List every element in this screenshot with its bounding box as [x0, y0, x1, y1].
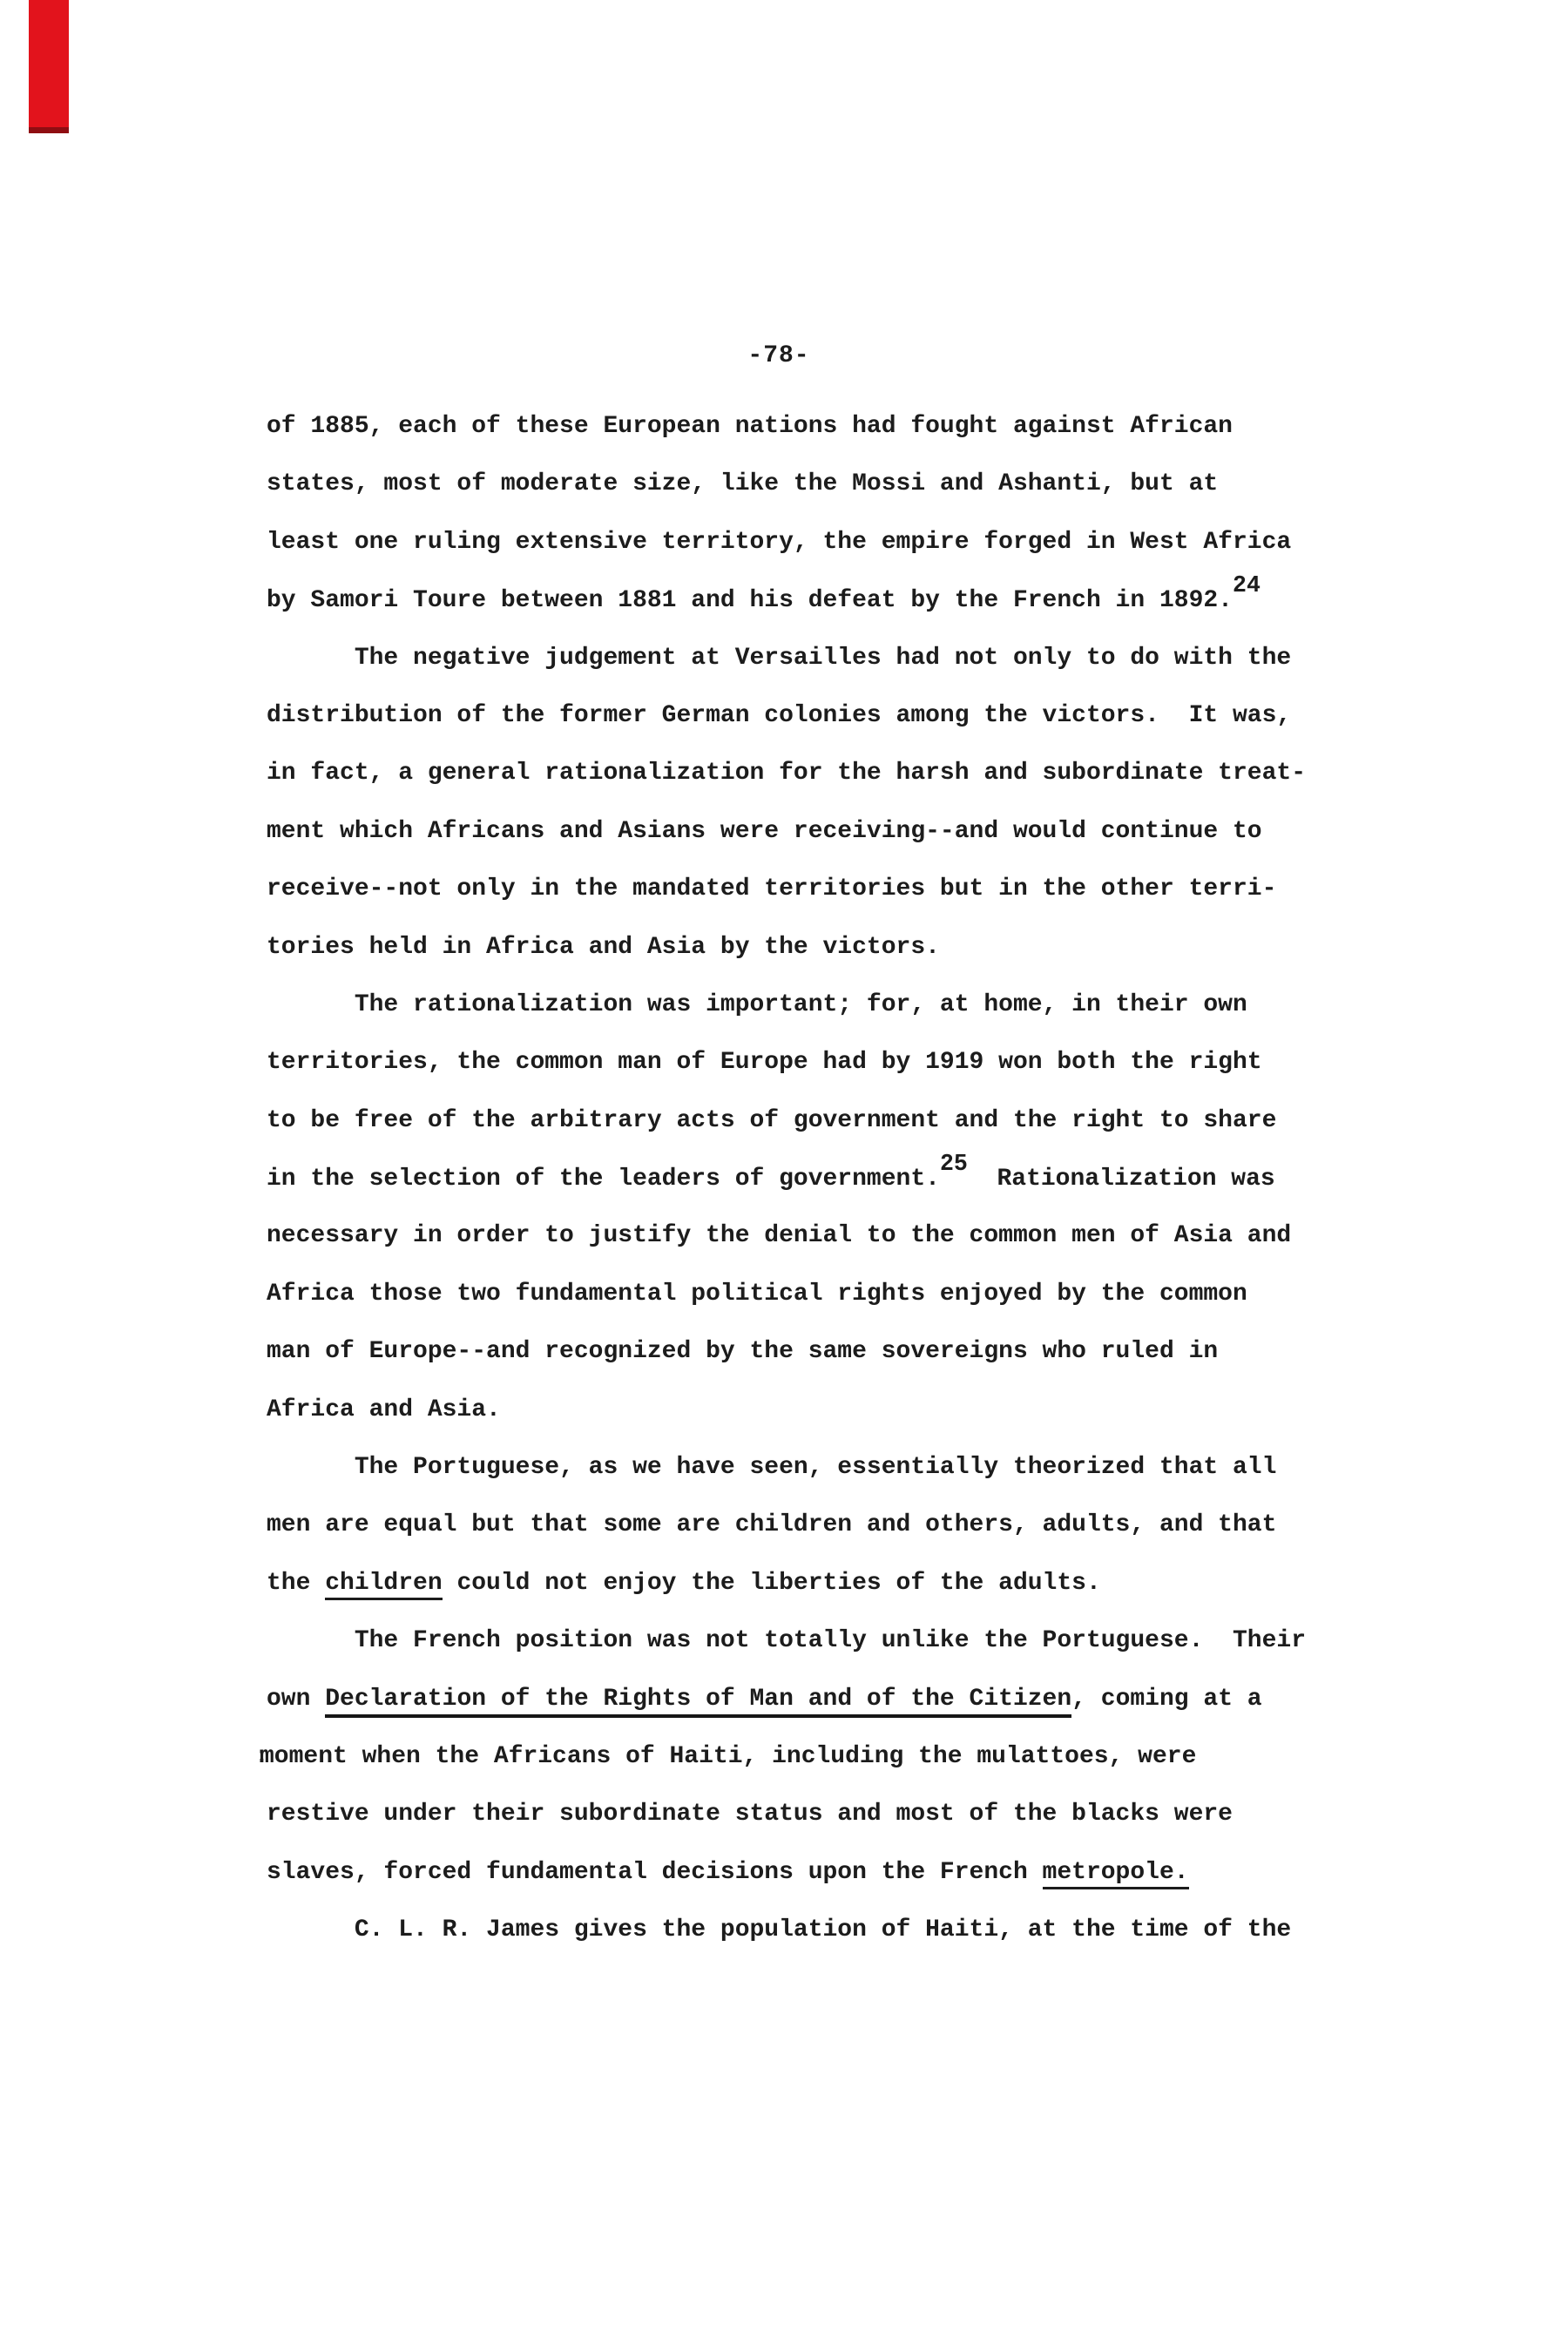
text-segment: men are equal but that some are children… [267, 1511, 1276, 1538]
typewritten-line: The rationalization was important; for, … [267, 977, 1399, 1034]
text-segment: The rationalization was important; for, … [267, 991, 1247, 1018]
typewritten-line: to be free of the arbitrary acts of gove… [267, 1092, 1399, 1150]
typewritten-line: in the selection of the leaders of gover… [267, 1150, 1399, 1207]
text-segment: in the selection of the leaders of gover… [267, 1166, 940, 1193]
scanned-document-page: -78- of 1885, each of these European nat… [0, 0, 1568, 2352]
typewritten-line: C. L. R. James gives the population of H… [267, 1902, 1399, 1959]
text-segment: territories, the common man of Europe ha… [267, 1049, 1262, 1076]
typewritten-line: restive under their subordinate status a… [267, 1786, 1399, 1843]
typewritten-line: necessary in order to justify the denial… [267, 1207, 1399, 1265]
page-number: -78- [267, 341, 1291, 371]
red-margin-mark-artifact [29, 0, 69, 133]
text-segment: moment when the Africans of Haiti, inclu… [260, 1743, 1196, 1770]
text-segment: the [267, 1570, 325, 1597]
typewritten-line: man of Europe--and recognized by the sam… [267, 1323, 1399, 1381]
text-segment: tories held in Africa and Asia by the vi… [267, 934, 940, 961]
typewritten-line: The negative judgement at Versailles had… [267, 630, 1399, 687]
stray-ink-mark: : [254, 1728, 260, 1786]
typewritten-line: The Portuguese, as we have seen, essenti… [267, 1439, 1399, 1497]
text-segment: by Samori Toure between 1881 and his def… [267, 587, 1233, 614]
typewritten-line: own Declaration of the Rights of Man and… [267, 1671, 1399, 1728]
typewritten-line: :moment when the Africans of Haiti, incl… [267, 1728, 1399, 1786]
superscript-footnote-ref: 24 [1233, 572, 1260, 598]
typewritten-line: in fact, a general rationalization for t… [267, 745, 1399, 802]
typewritten-line: least one ruling extensive territory, th… [267, 514, 1399, 571]
text-segment: restive under their subordinate status a… [267, 1801, 1233, 1828]
text-segment: The French position was not totally unli… [267, 1627, 1306, 1654]
text-segment: own [267, 1686, 325, 1713]
typewritten-line: ment which Africans and Asians were rece… [267, 803, 1399, 861]
typewritten-text-block: of 1885, each of these European nations … [267, 398, 1399, 1960]
text-segment: The Portuguese, as we have seen, essenti… [267, 1454, 1276, 1481]
typewritten-line: tories held in Africa and Asia by the vi… [267, 919, 1399, 977]
typewritten-line: distribution of the former German coloni… [267, 687, 1399, 745]
typewritten-line: Africa those two fundamental political r… [267, 1266, 1399, 1323]
text-segment: Africa those two fundamental political r… [267, 1281, 1247, 1308]
text-segment: C. L. R. James gives the population of H… [267, 1916, 1291, 1943]
text-segment: , coming at a [1071, 1686, 1261, 1713]
text-segment: The negative judgement at Versailles had… [267, 645, 1291, 672]
text-segment: receive--not only in the mandated territ… [267, 875, 1276, 902]
typewritten-line: of 1885, each of these European nations … [267, 398, 1399, 456]
underlined-text: children [325, 1570, 442, 1600]
typewritten-line: territories, the common man of Europe ha… [267, 1034, 1399, 1092]
text-segment: least one ruling extensive territory, th… [267, 529, 1291, 556]
text-segment: necessary in order to justify the denial… [267, 1222, 1291, 1249]
typewritten-line: men are equal but that some are children… [267, 1497, 1399, 1554]
typewritten-line: The French position was not totally unli… [267, 1612, 1399, 1670]
text-segment: ment which Africans and Asians were rece… [267, 818, 1262, 845]
text-segment: man of Europe--and recognized by the sam… [267, 1338, 1218, 1365]
superscript-footnote-ref: 25 [940, 1151, 968, 1177]
text-segment: of 1885, each of these European nations … [267, 413, 1233, 440]
text-segment: states, most of moderate size, like the … [267, 470, 1218, 497]
underlined-text: Declaration of the Rights of Man and of … [325, 1686, 1071, 1718]
typewritten-line: by Samori Toure between 1881 and his def… [267, 571, 1399, 629]
typewritten-line: receive--not only in the mandated territ… [267, 861, 1399, 918]
typewritten-line: Africa and Asia. [267, 1382, 1399, 1439]
text-segment: Rationalization was [968, 1166, 1275, 1193]
text-segment: could not enjoy the liberties of the adu… [443, 1570, 1101, 1597]
typewritten-line: states, most of moderate size, like the … [267, 456, 1399, 513]
text-segment: slaves, forced fundamental decisions upo… [267, 1859, 1043, 1886]
typewritten-line: the children could not enjoy the liberti… [267, 1555, 1399, 1612]
text-segment: to be free of the arbitrary acts of gove… [267, 1107, 1276, 1134]
text-segment: distribution of the former German coloni… [267, 702, 1291, 729]
text-segment: in fact, a general rationalization for t… [267, 760, 1306, 787]
typewritten-line: slaves, forced fundamental decisions upo… [267, 1844, 1399, 1902]
text-segment: Africa and Asia. [267, 1396, 501, 1423]
underlined-text: metropole. [1043, 1859, 1189, 1889]
